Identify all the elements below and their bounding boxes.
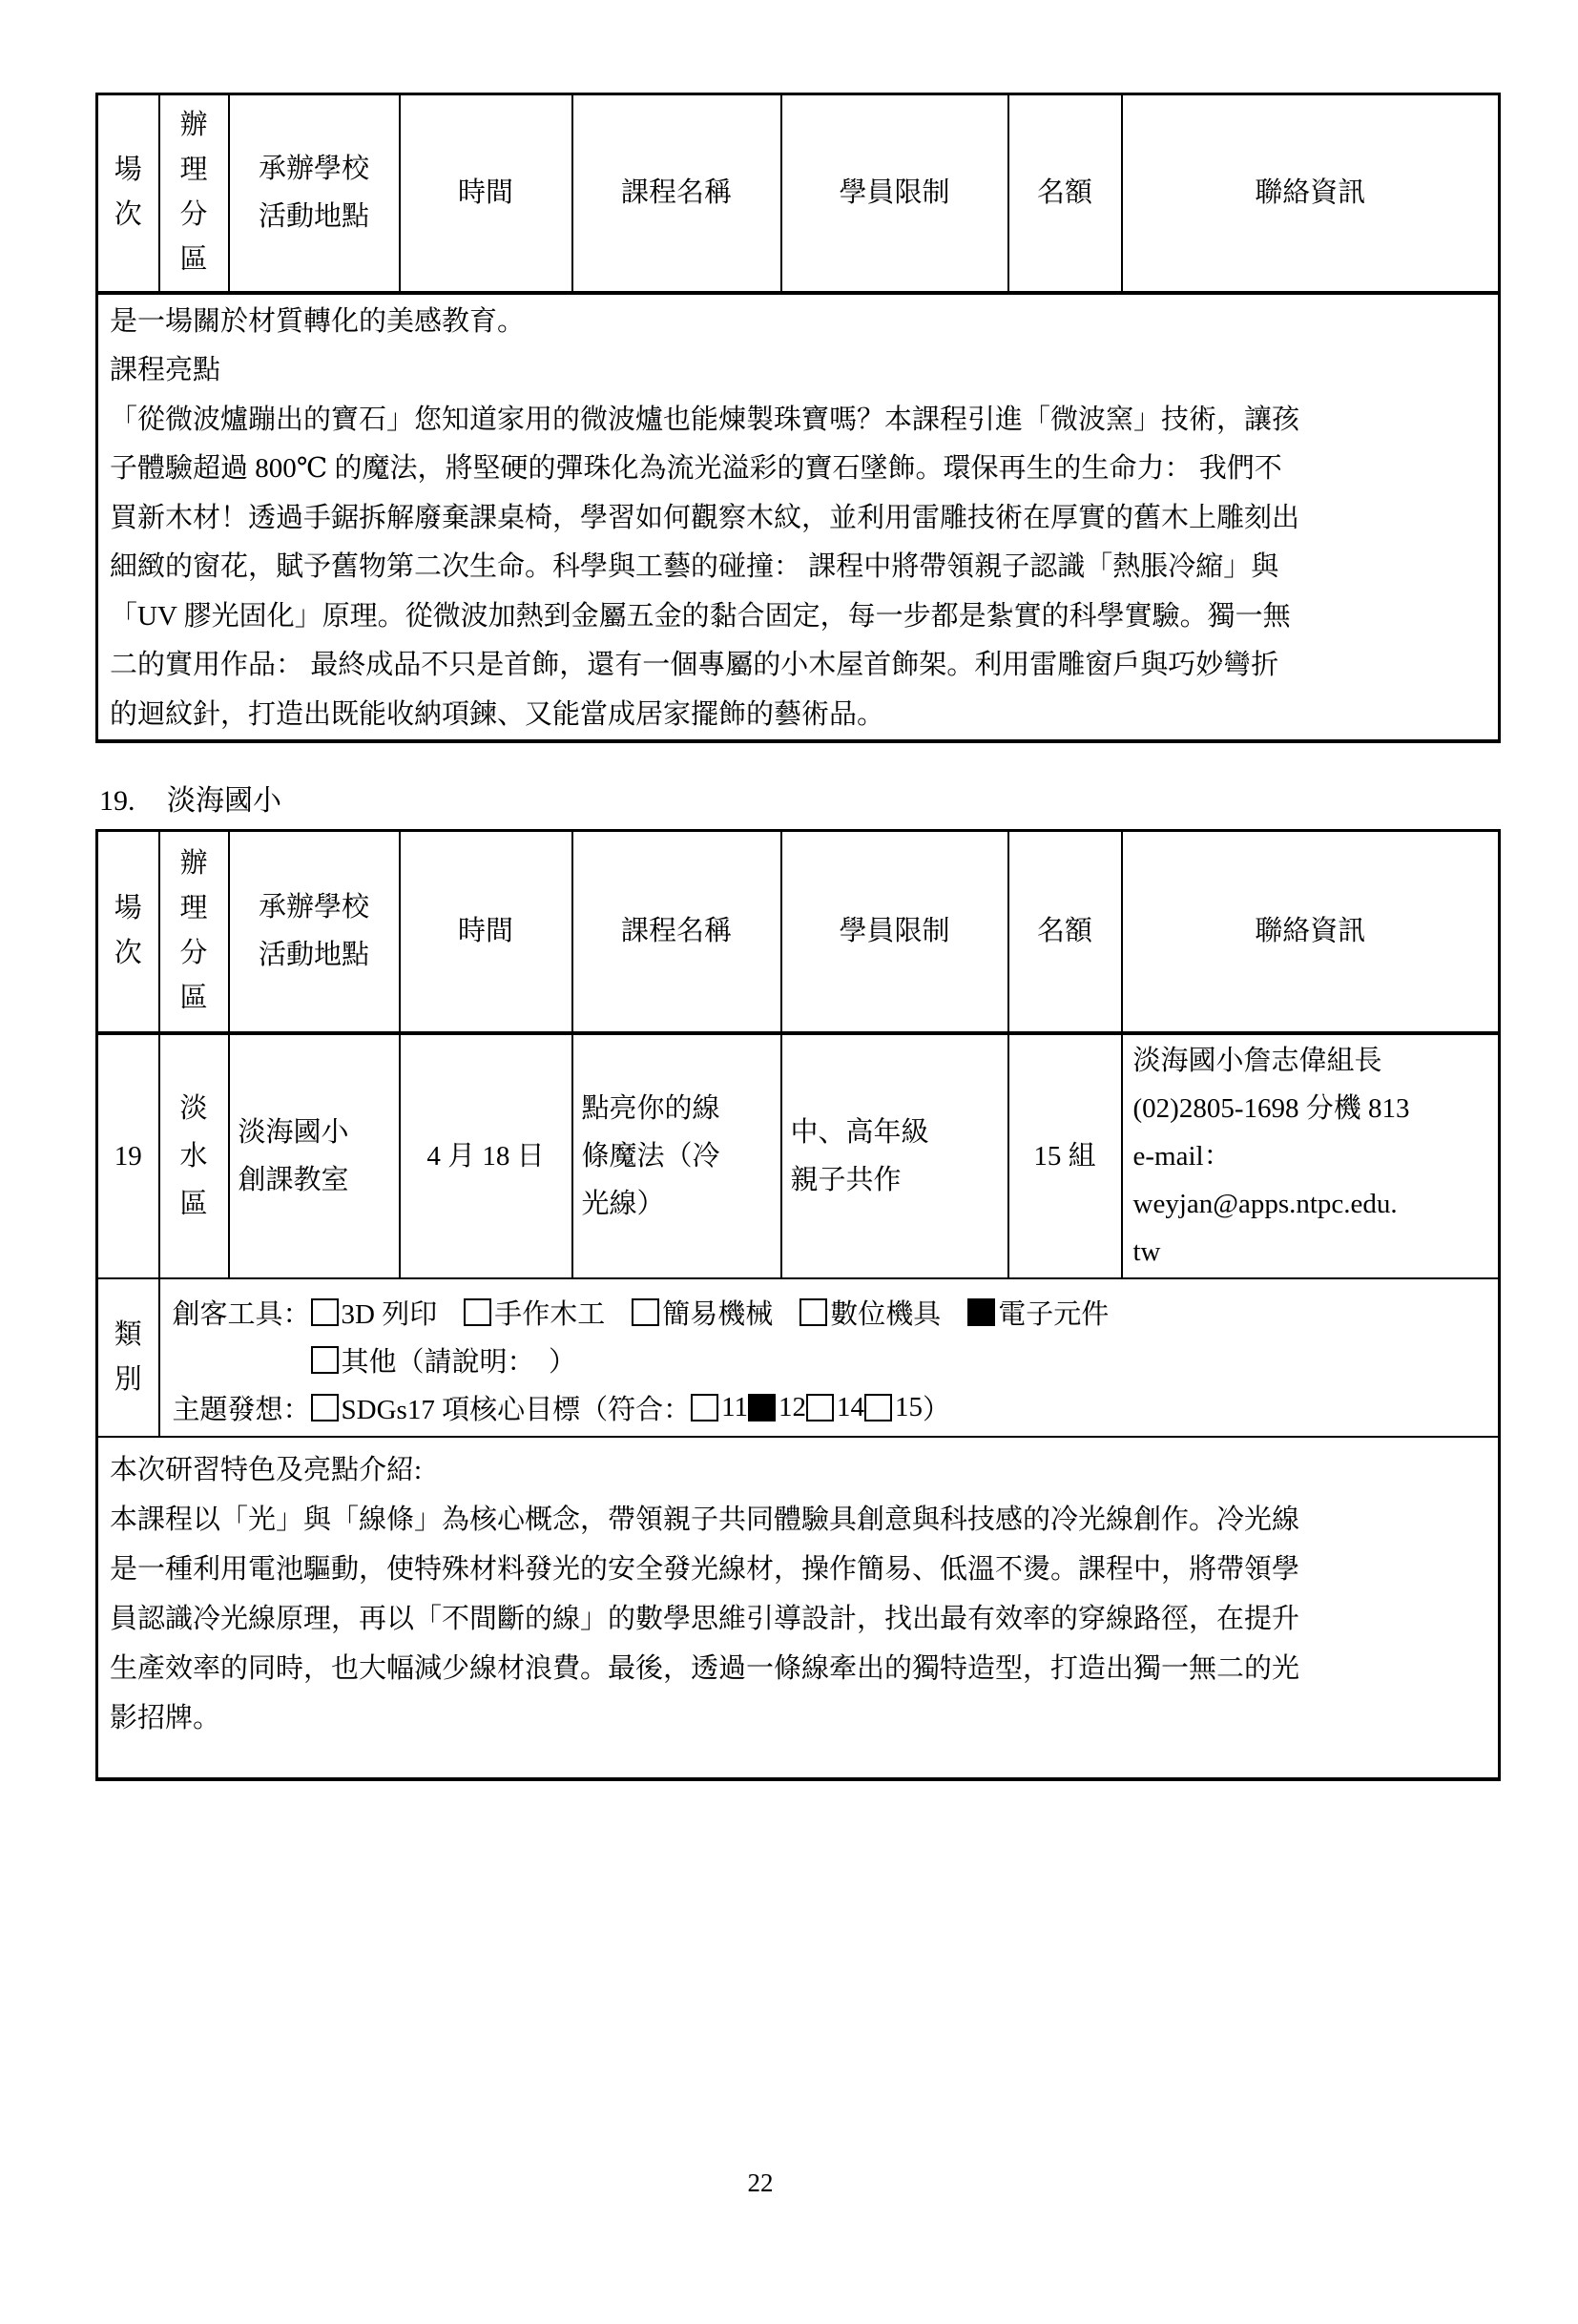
section-number: 19.: [99, 785, 135, 817]
checkbox-electronics[interactable]: [967, 1298, 995, 1326]
col-header-limit: 學員限制: [781, 831, 1008, 1033]
option-woodwork: 手作木工: [464, 1293, 605, 1332]
col-header-session: 場 次: [97, 94, 159, 293]
option-sdg-14-label: 14: [837, 1392, 864, 1423]
checkbox-other[interactable]: [311, 1346, 339, 1374]
time-cell: 4 月 18 日: [400, 1033, 572, 1278]
option-simple-machine-label: 簡易機械: [662, 1293, 773, 1332]
option-sdg-15-label: 15: [895, 1392, 923, 1423]
col-header-location: 承辦學校 活動地點: [229, 94, 400, 293]
option-digital-machine-label: 數位機具: [830, 1293, 941, 1332]
option-3d-print-label: 3D 列印: [342, 1293, 438, 1332]
col-header-course: 課程名稱: [572, 94, 781, 293]
course-name-cell: 點亮你的線 條魔法（冷 光線）: [572, 1033, 781, 1278]
theme-line: 主題發想： SDGs17 項核心目標（符合： 11 12 14 15 ）: [173, 1388, 1499, 1427]
section-heading: 19. 淡海國小: [99, 743, 1578, 821]
option-sdgs: SDGs17 項核心目標（符合：: [311, 1388, 692, 1427]
option-sdgs-label: SDGs17 項核心目標（符合：: [342, 1388, 692, 1427]
document-page: { "colors": { "text": "#000000", "backgr…: [0, 93, 1578, 2324]
option-sdg-11-label: 11: [721, 1392, 748, 1423]
col-header-contact: 聯絡資訊: [1122, 94, 1500, 293]
option-woodwork-label: 手作木工: [494, 1293, 605, 1332]
col-header-time: 時間: [400, 831, 572, 1033]
col-header-quota: 名額: [1008, 94, 1122, 293]
session-number-cell: 19: [97, 1033, 159, 1278]
intro-row: 本次研習特色及亮點介紹: 本課程以「光」與「線條」為核心概念，帶領親子共同體驗具…: [97, 1437, 1500, 1779]
description-row: 是一場關於材質轉化的美感教育。 課程亮點 「從微波爐蹦出的寶石」您知道家用的微波…: [97, 293, 1500, 742]
intro-text: 本次研習特色及亮點介紹: 本課程以「光」與「線條」為核心概念，帶領親子共同體驗具…: [97, 1437, 1500, 1779]
sdgs-close-paren: ）: [923, 1388, 950, 1427]
category-content-cell: 創客工具： 3D 列印 手作木工 簡易機械 數位機具 電子元件 其他（請說明： …: [159, 1278, 1500, 1437]
maker-tools-line: 創客工具： 3D 列印 手作木工 簡易機械 數位機具 電子元件: [173, 1293, 1499, 1332]
location-cell: 淡海國小 創課教室: [229, 1033, 400, 1278]
checkbox-digital-machine[interactable]: [799, 1298, 827, 1326]
option-sdg-15: 15: [864, 1392, 923, 1423]
col-header-time: 時間: [400, 94, 572, 293]
district-cell: 淡 水 區: [159, 1033, 229, 1278]
checkbox-sdg-14[interactable]: [806, 1394, 834, 1421]
col-header-course: 課程名稱: [572, 831, 781, 1033]
option-other-label: 其他（請說明： ）: [342, 1340, 577, 1380]
col-header-district: 辦 理 分 區: [159, 94, 229, 293]
checkbox-sdg-11[interactable]: [691, 1394, 718, 1421]
course-table-19: 場 次 辦 理 分 區 承辦學校 活動地點 時間 課程名稱 學員限制 名額 聯絡…: [95, 829, 1501, 1781]
checkbox-3d-print[interactable]: [311, 1298, 339, 1326]
option-sdg-12: 12: [748, 1392, 806, 1423]
course-table-continuation: 場 次 辦 理 分 區 承辦學校 活動地點 時間 課程名稱 學員限制 名額 聯絡…: [95, 93, 1501, 743]
table-header-row: 場 次 辦 理 分 區 承辦學校 活動地點 時間 課程名稱 學員限制 名額 聯絡…: [97, 831, 1500, 1033]
theme-label: 主題發想：: [173, 1388, 311, 1427]
option-sdg-11: 11: [691, 1392, 748, 1423]
checkbox-sdg-15[interactable]: [864, 1394, 892, 1421]
table-row-session-19: 19 淡 水 區 淡海國小 創課教室 4 月 18 日 點亮你的線 條魔法（冷 …: [97, 1033, 1500, 1278]
maker-tools-label: 創客工具：: [173, 1293, 311, 1332]
table-header-row: 場 次 辦 理 分 區 承辦學校 活動地點 時間 課程名稱 學員限制 名額 聯絡…: [97, 94, 1500, 293]
option-3d-print: 3D 列印: [311, 1293, 438, 1332]
page-number: 22: [0, 2168, 1521, 2198]
course-description-text: 是一場關於材質轉化的美感教育。 課程亮點 「從微波爐蹦出的寶石」您知道家用的微波…: [97, 293, 1500, 742]
col-header-limit: 學員限制: [781, 94, 1008, 293]
category-label-cell: 類 別: [97, 1278, 159, 1437]
col-header-contact: 聯絡資訊: [1122, 831, 1500, 1033]
option-sdg-12-label: 12: [779, 1392, 806, 1423]
other-tool-line: 其他（請說明： ）: [311, 1340, 1499, 1380]
col-header-session: 場 次: [97, 831, 159, 1033]
col-header-location: 承辦學校 活動地點: [229, 831, 400, 1033]
contact-cell: 淡海國小詹志偉組長 (02)2805-1698 分機 813 e-mail： w…: [1122, 1033, 1500, 1278]
checkbox-simple-machine[interactable]: [632, 1298, 659, 1326]
col-header-quota: 名額: [1008, 831, 1122, 1033]
option-electronics: 電子元件: [967, 1293, 1109, 1332]
quota-cell: 15 組: [1008, 1033, 1122, 1278]
limit-cell: 中、高年級 親子共作: [781, 1033, 1008, 1278]
option-simple-machine: 簡易機械: [632, 1293, 773, 1332]
option-sdg-14: 14: [806, 1392, 864, 1423]
option-digital-machine: 數位機具: [799, 1293, 941, 1332]
checkbox-sdg-12[interactable]: [748, 1394, 776, 1421]
col-header-district: 辦 理 分 區: [159, 831, 229, 1033]
section-title: 淡海國小: [167, 785, 281, 817]
checkbox-sdgs[interactable]: [311, 1394, 339, 1421]
option-other: 其他（請說明： ）: [311, 1340, 577, 1380]
option-electronics-label: 電子元件: [998, 1293, 1109, 1332]
category-row: 類 別 創客工具： 3D 列印 手作木工 簡易機械 數位機具 電子元件 其他（請…: [97, 1278, 1500, 1437]
checkbox-woodwork[interactable]: [464, 1298, 491, 1326]
